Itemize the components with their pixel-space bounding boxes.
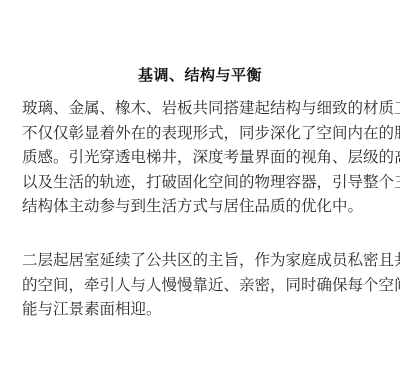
text-line: 质感。引光穿透电梯井，深度考量界面的视角、层级的高度 <box>22 145 392 170</box>
text-line: 能与江景素面相迎。 <box>22 297 392 322</box>
text-line: 不仅仅彰显着外在的表现形式，同步深化了空间内在的肌理 <box>22 121 392 146</box>
text-line: 以及生活的轨迹，打破固化空间的物理容器，引导整个三层 <box>22 170 392 195</box>
paragraph-living-room: 二层起居室延续了公共区的主旨，作为家庭成员私密且共享 的空间，牵引人与人慢慢靠近… <box>22 248 392 322</box>
section-title: 基调、结构与平衡 <box>0 64 400 86</box>
paragraph-materials: 玻璃、金属、橡木、岩板共同搭建起结构与细致的材质工艺, 不仅仅彰显着外在的表现形… <box>22 96 392 219</box>
text-line: 玻璃、金属、橡木、岩板共同搭建起结构与细致的材质工艺, <box>22 96 392 121</box>
text-line: 的空间，牵引人与人慢慢靠近、亲密，同时确保每个空间都 <box>22 273 392 298</box>
text-line: 二层起居室延续了公共区的主旨，作为家庭成员私密且共享 <box>22 248 392 273</box>
text-line: 结构体主动参与到生活方式与居住品质的优化中。 <box>22 194 392 219</box>
